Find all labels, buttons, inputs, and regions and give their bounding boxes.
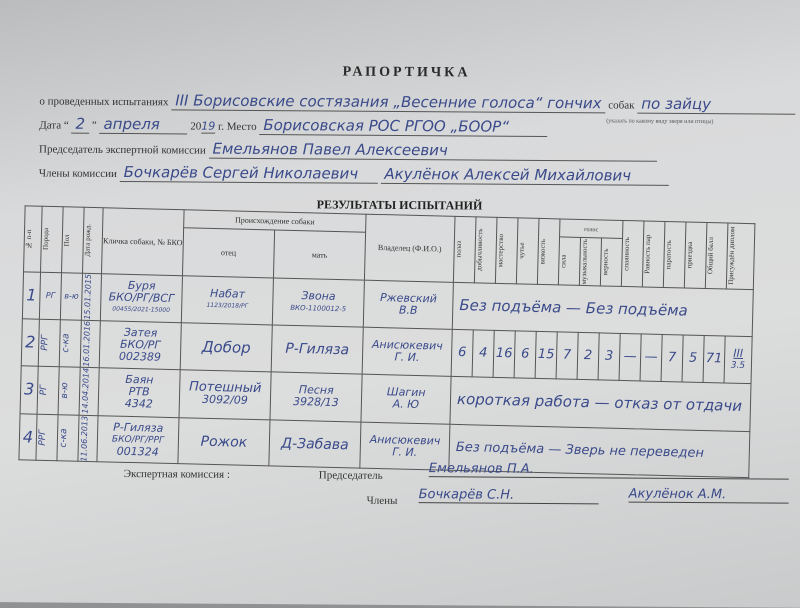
row-num: 3 — [20, 365, 38, 413]
header-search: полаз — [453, 216, 476, 282]
score-obedience: 7 — [661, 334, 683, 381]
header-breed: Порода — [41, 206, 64, 272]
row-father: Рожок — [178, 417, 270, 466]
header-father: отец — [182, 228, 274, 278]
dogs-value: по зайцу — [637, 95, 795, 115]
row-father: Добор — [180, 323, 272, 372]
dogs-hint: (указать по какому виду зверя или птицы) — [606, 118, 713, 125]
row-owner: АнисюкевичГ. И. — [362, 327, 452, 376]
date-line: Дата “ 2 ” апреля 2019 г. Место Борисовс… — [39, 114, 547, 137]
score-search: 6 — [451, 329, 473, 376]
row-note: короткая работа — отказ от отдачи — [450, 376, 751, 431]
row-breed: РГ — [37, 366, 59, 414]
score-nose: 6 — [514, 331, 536, 378]
date-year-suffix: 19 — [201, 120, 215, 134]
results-table: № п-п Порода Пол Дата рожд. Кличка собак… — [18, 205, 755, 478]
members-label: Члены комиссии — [39, 167, 117, 180]
header-name: Кличка собаки, № БКО — [102, 208, 185, 276]
trials-label: о проведенных испытаниях — [39, 95, 168, 108]
header-pair: Равность пар — [642, 221, 665, 287]
chair-label: Председатель экспертной комиссии — [39, 143, 206, 156]
date-label: Дата — [39, 119, 61, 131]
row-owner: ШагинА. Ю — [361, 374, 451, 424]
row-mother: Р-Гиляза — [271, 325, 363, 374]
date-year-prefix: 20 — [190, 120, 201, 132]
dogs-label: собак — [608, 99, 634, 111]
header-owner: Владелец (Ф.И.О.) — [364, 214, 455, 282]
row-sex: в-ю — [60, 273, 82, 320]
row-name: БаянРТВ4342 — [98, 367, 180, 417]
row-mother: Д-Забава — [269, 420, 361, 469]
score-total: 71 — [703, 335, 725, 382]
header-voice-power: сила — [558, 237, 580, 285]
row-dob: 11.06.2013 — [78, 415, 98, 462]
header-persistence: добычливость — [474, 217, 497, 283]
header-sex: Пол — [62, 207, 85, 273]
row-father: Потешный3092/09 — [179, 369, 271, 419]
row-sex: с-ка — [57, 414, 79, 461]
date-day: 2 — [71, 115, 89, 134]
header-num: № п-п — [24, 206, 43, 272]
score-voice-music: 2 — [577, 332, 599, 379]
header-interest: мастерство — [495, 217, 518, 283]
row-mother: ЗвонаВКО-1100012-5 — [272, 278, 364, 327]
member1-signature: Бочкарёв С.Н. — [419, 487, 599, 504]
footer-members-label: Члены — [367, 495, 398, 507]
date-month: апреля — [99, 115, 187, 135]
score-diploma: III3.5 — [724, 336, 752, 383]
score-voice-power: 7 — [556, 332, 578, 379]
score-interest: 16 — [493, 330, 515, 377]
trials-line: о проведенных испытаниях III Борисовские… — [39, 90, 795, 114]
row-name: БуряБКО/РГ/ВСГ00455/2021-15000 — [100, 274, 182, 323]
place-value: Борисовская РОС РГОО „БООР“ — [259, 116, 547, 137]
row-breed: РРГ — [36, 414, 58, 461]
header-obedience: паратость — [663, 221, 686, 287]
header-trainability: приездка — [684, 222, 707, 288]
header-voice: голос — [560, 219, 623, 239]
header-total: Общий балл — [705, 223, 728, 289]
header-voice-music: музыкальность — [579, 237, 601, 285]
form-paper: РАПОРТИЧКА о проведенных испытаниях III … — [0, 0, 800, 600]
header-loyalty: верность — [600, 238, 622, 286]
row-num: 4 — [19, 413, 37, 460]
score-consistency: — — [619, 333, 641, 380]
score-loyalty: 3 — [598, 333, 620, 380]
member2-signature: Акулёнок А.М. — [629, 487, 789, 504]
header-accuracy: вязкость — [537, 218, 560, 284]
header-dob: Дата рожд. — [83, 207, 104, 273]
chair-value: Емельянов Павел Алексеевич — [208, 140, 656, 162]
row-breed: РГ — [39, 272, 61, 319]
row-mother: Песня3928/13 — [270, 372, 362, 422]
row-num: 1 — [22, 272, 40, 319]
score-accuracy: 15 — [535, 331, 557, 378]
members-line: Члены комиссии Бочкарёв Сергей Николаеви… — [39, 162, 669, 185]
row-breed: РРГ — [38, 319, 60, 366]
row-num: 2 — [21, 319, 39, 366]
header-mother: мать — [273, 230, 365, 280]
date-year-label: г. — [218, 121, 224, 133]
header-consistency: спаянность — [621, 220, 644, 286]
trials-value: III Борисовские состязания „Весенние гол… — [171, 91, 605, 113]
row-dob: 14.04.2014 — [79, 367, 99, 415]
score-pair: — — [640, 334, 662, 381]
member2-value: Акулёнок Алексей Михайлович — [380, 165, 668, 186]
row-father: Набат1123/2018/РГ — [181, 276, 273, 325]
score-persistence: 4 — [472, 330, 494, 377]
commission-label: Экспертная комиссия : — [124, 468, 230, 481]
row-sex: с-ка — [59, 320, 81, 367]
page-title: РАПОРТИЧКА — [0, 62, 800, 84]
score-trainability: 5 — [682, 335, 704, 382]
results-title: РЕЗУЛЬТАТЫ ИСПЫТАНИЙ — [317, 197, 483, 213]
row-dob: 15.01.2015 — [81, 273, 101, 320]
row-dob: 16.01.2016 — [80, 320, 100, 367]
row-name: ЗатеяБКО/РГ002389 — [99, 321, 181, 370]
chair-line: Председатель экспертной комиссии Емельян… — [39, 138, 657, 161]
footer-chair-label: Председатель — [319, 469, 383, 481]
row-note: Без подъёма — Без подъёма — [452, 282, 753, 336]
chair-signature: Емельянов П.А. — [429, 461, 789, 480]
row-sex: в-ю — [58, 366, 80, 414]
place-label: Место — [227, 121, 257, 133]
member1-value: Бочкарёв Сергей Николаевич — [120, 163, 378, 184]
header-nose: чутье — [516, 218, 539, 284]
row-owner: РжевскийВ.В — [363, 280, 453, 329]
row-name: Р-ГилязаБКО/РГ/РРГ001324 — [97, 415, 179, 464]
header-diploma: Присуждён диплом — [726, 223, 755, 290]
